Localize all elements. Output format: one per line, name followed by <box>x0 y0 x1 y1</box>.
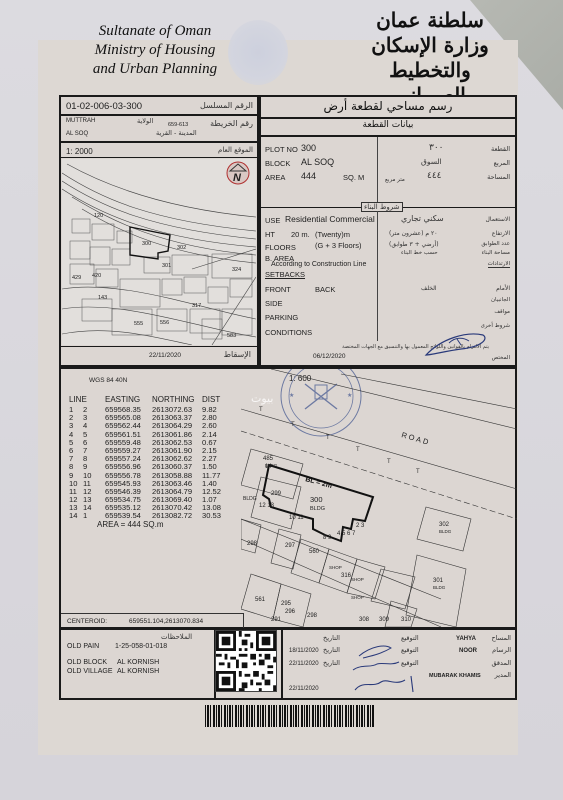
svg-text:120: 120 <box>94 213 103 219</box>
svg-text:T: T <box>326 435 330 441</box>
building-line-label: BL = 2m <box>304 476 332 490</box>
plot-no-label: PLOT NO <box>265 145 298 154</box>
setbacks-label-ar: الارتدادات <box>488 261 510 268</box>
redacted-seal <box>228 20 288 85</box>
block-label-ar: المربع <box>494 159 510 167</box>
notes-signatures-box: الملاحظات OLD PAIN 1-25-058-01-018 OLD B… <box>59 628 517 700</box>
svg-text:SHOP: SHOP <box>351 595 364 600</box>
svg-text:324: 324 <box>232 267 241 273</box>
svg-text:296: 296 <box>285 609 296 615</box>
svg-text:429: 429 <box>72 275 81 281</box>
ministry-header-ar: سلطنة عمان وزارة الإسكان والتخطيط العمرا… <box>365 8 495 108</box>
checker-date: 22/11/2020 <box>289 661 319 667</box>
svg-text:561: 561 <box>255 597 266 603</box>
approval-date: 06/12/2020 <box>313 353 346 360</box>
setbacks-label: SETBACKS <box>265 270 305 279</box>
column-divider <box>377 137 378 207</box>
svg-text:★: ★ <box>347 392 352 399</box>
old-pain-value: 1-25-058-01-018 <box>115 643 167 650</box>
manager-date: 22/11/2020 <box>289 686 319 692</box>
svg-text:2 3: 2 3 <box>356 523 365 529</box>
plot-number: 300 <box>310 495 323 504</box>
location-scale: 1: 2000 <box>66 147 93 156</box>
old-pain-label: OLD PAIN <box>67 643 99 650</box>
map-label-ar: رقم الخريطة <box>210 119 253 128</box>
height-label: HT <box>265 230 275 239</box>
svg-text:8 9: 8 9 <box>323 535 332 541</box>
serial-label-ar: الرقم المسلسل <box>200 101 253 110</box>
divider <box>261 135 515 137</box>
floors-ar: (أرضي + ٣ طوابق) <box>389 241 439 248</box>
height-value: 20 m. <box>291 230 310 239</box>
svg-text:299: 299 <box>271 491 282 497</box>
svg-text:309: 309 <box>379 617 390 623</box>
svg-text:T: T <box>356 447 360 453</box>
serial-no: 01-02-006-03-300 <box>66 101 142 112</box>
wilayat: MUTTRAH <box>66 118 95 124</box>
old-village-label: OLD VILLAGE <box>67 668 113 675</box>
svg-text:308: 308 <box>359 617 370 623</box>
road-label: ROAD <box>400 430 431 447</box>
use-label: USE <box>265 216 280 225</box>
datum: WGS 84 40N <box>89 377 127 384</box>
svg-text:298: 298 <box>307 613 318 619</box>
svg-text:BLDG: BLDG <box>265 463 278 468</box>
svg-text:SHOP: SHOP <box>351 577 364 582</box>
svg-text:143: 143 <box>98 295 107 301</box>
qr-code-pattern <box>216 631 276 691</box>
svg-text:300: 300 <box>142 241 151 247</box>
front-label-ar: الأمام <box>496 285 510 292</box>
location-plan-date: 22/11/2020 <box>149 352 181 359</box>
area-unit-ar: متر مربع <box>385 177 405 183</box>
header-sultanate: Sultanate of Oman <box>75 22 235 41</box>
location-plan-label-ar: الإسقاط <box>224 350 251 359</box>
conditions-label: CONDITIONS <box>265 328 312 337</box>
floors-value: (G + 3 Floors) <box>315 241 361 250</box>
svg-text:N: N <box>233 172 242 184</box>
svg-text:556: 556 <box>160 320 169 326</box>
divider <box>61 157 257 158</box>
plot-no-ar: ٣٠٠ <box>429 143 444 153</box>
front-value: BACK <box>315 285 335 294</box>
use-label-ar: الاستعمال <box>486 216 510 223</box>
svg-text:291: 291 <box>271 617 282 623</box>
svg-text:301: 301 <box>433 578 444 584</box>
use-ar: سكني تجاري <box>401 214 444 223</box>
svg-text:297: 297 <box>285 543 296 549</box>
area-total-row: AREA = 444 SQ.m <box>69 521 226 531</box>
divider <box>61 114 257 116</box>
svg-text:298: 298 <box>247 541 258 547</box>
front-label: FRONT <box>265 285 291 294</box>
svg-text:583: 583 <box>227 333 236 339</box>
scale-label-ar: الموقع العام <box>218 146 253 154</box>
header-ministry: Ministry of Housing <box>75 41 235 60</box>
plot-no-value: 300 <box>301 143 316 153</box>
drafter-date: 18/11/2020 <box>289 648 319 654</box>
height-words: (Twenty)m <box>315 230 350 239</box>
block-label: BLOCK <box>265 159 290 168</box>
svg-text:555: 555 <box>134 321 143 327</box>
site-plan-drawing: ★ ★ بيوت TTT TTT ROAD <box>241 369 517 627</box>
column-divider <box>377 211 378 341</box>
svg-text:301: 301 <box>162 263 171 269</box>
signatures-ink <box>351 640 441 698</box>
floors-label-ar: عدد الطوابق <box>481 241 510 247</box>
height-ar: ٢٠ م (عشرون متر) <box>389 230 437 237</box>
block-ar: السوق <box>421 157 442 166</box>
building-conditions-ar: شروط البناء <box>361 202 403 212</box>
map-no: 659-613 <box>168 122 188 128</box>
approval-label-ar: المختص <box>492 355 510 361</box>
centroid-label: CENTEROID: <box>67 618 107 625</box>
side-label-ar: الجانبيان <box>491 297 510 303</box>
old-village-value: AL KORNISH <box>117 668 159 675</box>
use-value: Residential Commercial <box>285 214 375 224</box>
svg-text:317: 317 <box>192 303 201 309</box>
svg-text:SHOP: SHOP <box>329 565 342 570</box>
svg-text:295: 295 <box>281 601 292 607</box>
area-unit: SQ. M <box>343 173 364 182</box>
barea-value: According to Construction Line <box>271 261 366 268</box>
date-label-ar-3: التاريخ <box>323 659 340 667</box>
divider <box>61 613 243 614</box>
watermark: بيوت <box>251 392 273 405</box>
svg-text:BLDG: BLDG <box>433 585 446 590</box>
checker-label-ar: المدقق <box>492 659 511 667</box>
height-label-ar: الارتفاع <box>492 230 510 237</box>
centroid-value: 659551.104,2613070.834 <box>129 618 203 625</box>
header-line: LINE <box>69 396 105 406</box>
village: AL SOQ <box>66 131 88 137</box>
old-block-value: AL KORNISH <box>117 659 159 666</box>
coordinates-table: LINE EASTING NORTHING DIST 12659568.3526… <box>69 396 226 531</box>
dist: 30.53 <box>202 512 226 520</box>
surveyor-name: YAHYA <box>456 636 476 642</box>
svg-text:302: 302 <box>177 245 186 251</box>
header-ar-1: سلطنة عمان <box>365 8 495 33</box>
header-ar-2: وزارة الإسكان <box>365 33 495 58</box>
parking-label: PARKING <box>265 313 298 322</box>
plot-type: BLDG <box>310 506 325 512</box>
survey-title-ar: رسم مساحي لقطعة أرض <box>261 99 515 113</box>
date-label-ar-1: التاريخ <box>323 634 340 642</box>
notes-title-ar: الملاحظات <box>161 633 192 641</box>
area-label: AREA <box>265 173 285 182</box>
svg-text:560: 560 <box>309 549 320 555</box>
header-ministry-2: and Urban Planning <box>75 60 235 79</box>
drafter-label-ar: الرسام <box>492 646 511 654</box>
location-plan-box: 01-02-006-03-300 الرقم المسلسل MUTTRAH ا… <box>59 95 259 367</box>
area-label-ar: المساحة <box>487 173 510 181</box>
wilayat-label-ar: الولاية <box>137 117 153 125</box>
village-label-ar: المدينة - القرية <box>156 129 197 137</box>
divider <box>261 117 515 119</box>
barcode[interactable] <box>205 705 375 727</box>
drafter-name: NOOR <box>459 648 477 654</box>
floors-label: FLOORS <box>265 243 296 252</box>
date-label-ar-2: التاريخ <box>323 646 340 654</box>
approval-signature <box>421 329 491 359</box>
plot-data-title-ar: بيانات القطعة <box>261 120 515 130</box>
svg-text:T: T <box>387 459 391 465</box>
svg-text:T: T <box>259 407 263 413</box>
site-plan-box: WGS 84 40N 1: 600 LINE EASTING NORTHING … <box>59 367 517 629</box>
side-label: SIDE <box>265 299 283 308</box>
divider <box>61 346 257 347</box>
area-ar: ٤٤٤ <box>427 171 442 181</box>
svg-text:T: T <box>291 422 295 428</box>
location-map: 300301 302324 120143 429420 317583 55555… <box>62 159 256 345</box>
barea-label-ar: مساحة البناء <box>482 250 510 256</box>
svg-text:420: 420 <box>92 273 101 279</box>
svg-text:12 13: 12 13 <box>259 503 275 509</box>
old-block-label: OLD BLOCK <box>67 659 107 666</box>
svg-text:T: T <box>416 469 420 475</box>
svg-text:302: 302 <box>439 522 450 528</box>
qr-code[interactable] <box>215 630 277 692</box>
svg-text:4 5 6 7: 4 5 6 7 <box>337 531 356 537</box>
svg-text:BLDG: BLDG <box>439 529 452 534</box>
barea-ar: حسب خط البناء <box>401 250 438 256</box>
area-total: AREA = 444 SQ.m <box>97 521 163 531</box>
svg-text:BLDG: BLDG <box>243 496 257 502</box>
manager-label-ar: المدير <box>495 671 511 679</box>
front-ar: الخلف <box>421 285 437 292</box>
svg-text:★: ★ <box>289 392 294 399</box>
block-value: AL SOQ <box>301 157 334 167</box>
divider <box>61 141 257 143</box>
area-value: 444 <box>301 171 316 181</box>
location-map-drawing: 300301 302324 120143 429420 317583 55555… <box>62 159 256 345</box>
north-arrow-icon: N <box>227 162 249 184</box>
plot-data-box: رسم مساحي لقطعة أرض بيانات القطعة PLOT N… <box>259 95 517 367</box>
divider <box>281 630 283 700</box>
svg-text:485: 485 <box>263 456 274 462</box>
ministry-header-en: Sultanate of Oman Ministry of Housing an… <box>75 22 235 79</box>
plot-no-label-ar: القطعة <box>491 145 510 153</box>
svg-text:310: 310 <box>401 617 412 623</box>
parking-label-ar: مواقف <box>494 309 510 315</box>
from: 14 <box>69 512 83 520</box>
svg-text:10 11: 10 11 <box>289 515 304 521</box>
surveyor-label-ar: المساح <box>491 634 511 642</box>
